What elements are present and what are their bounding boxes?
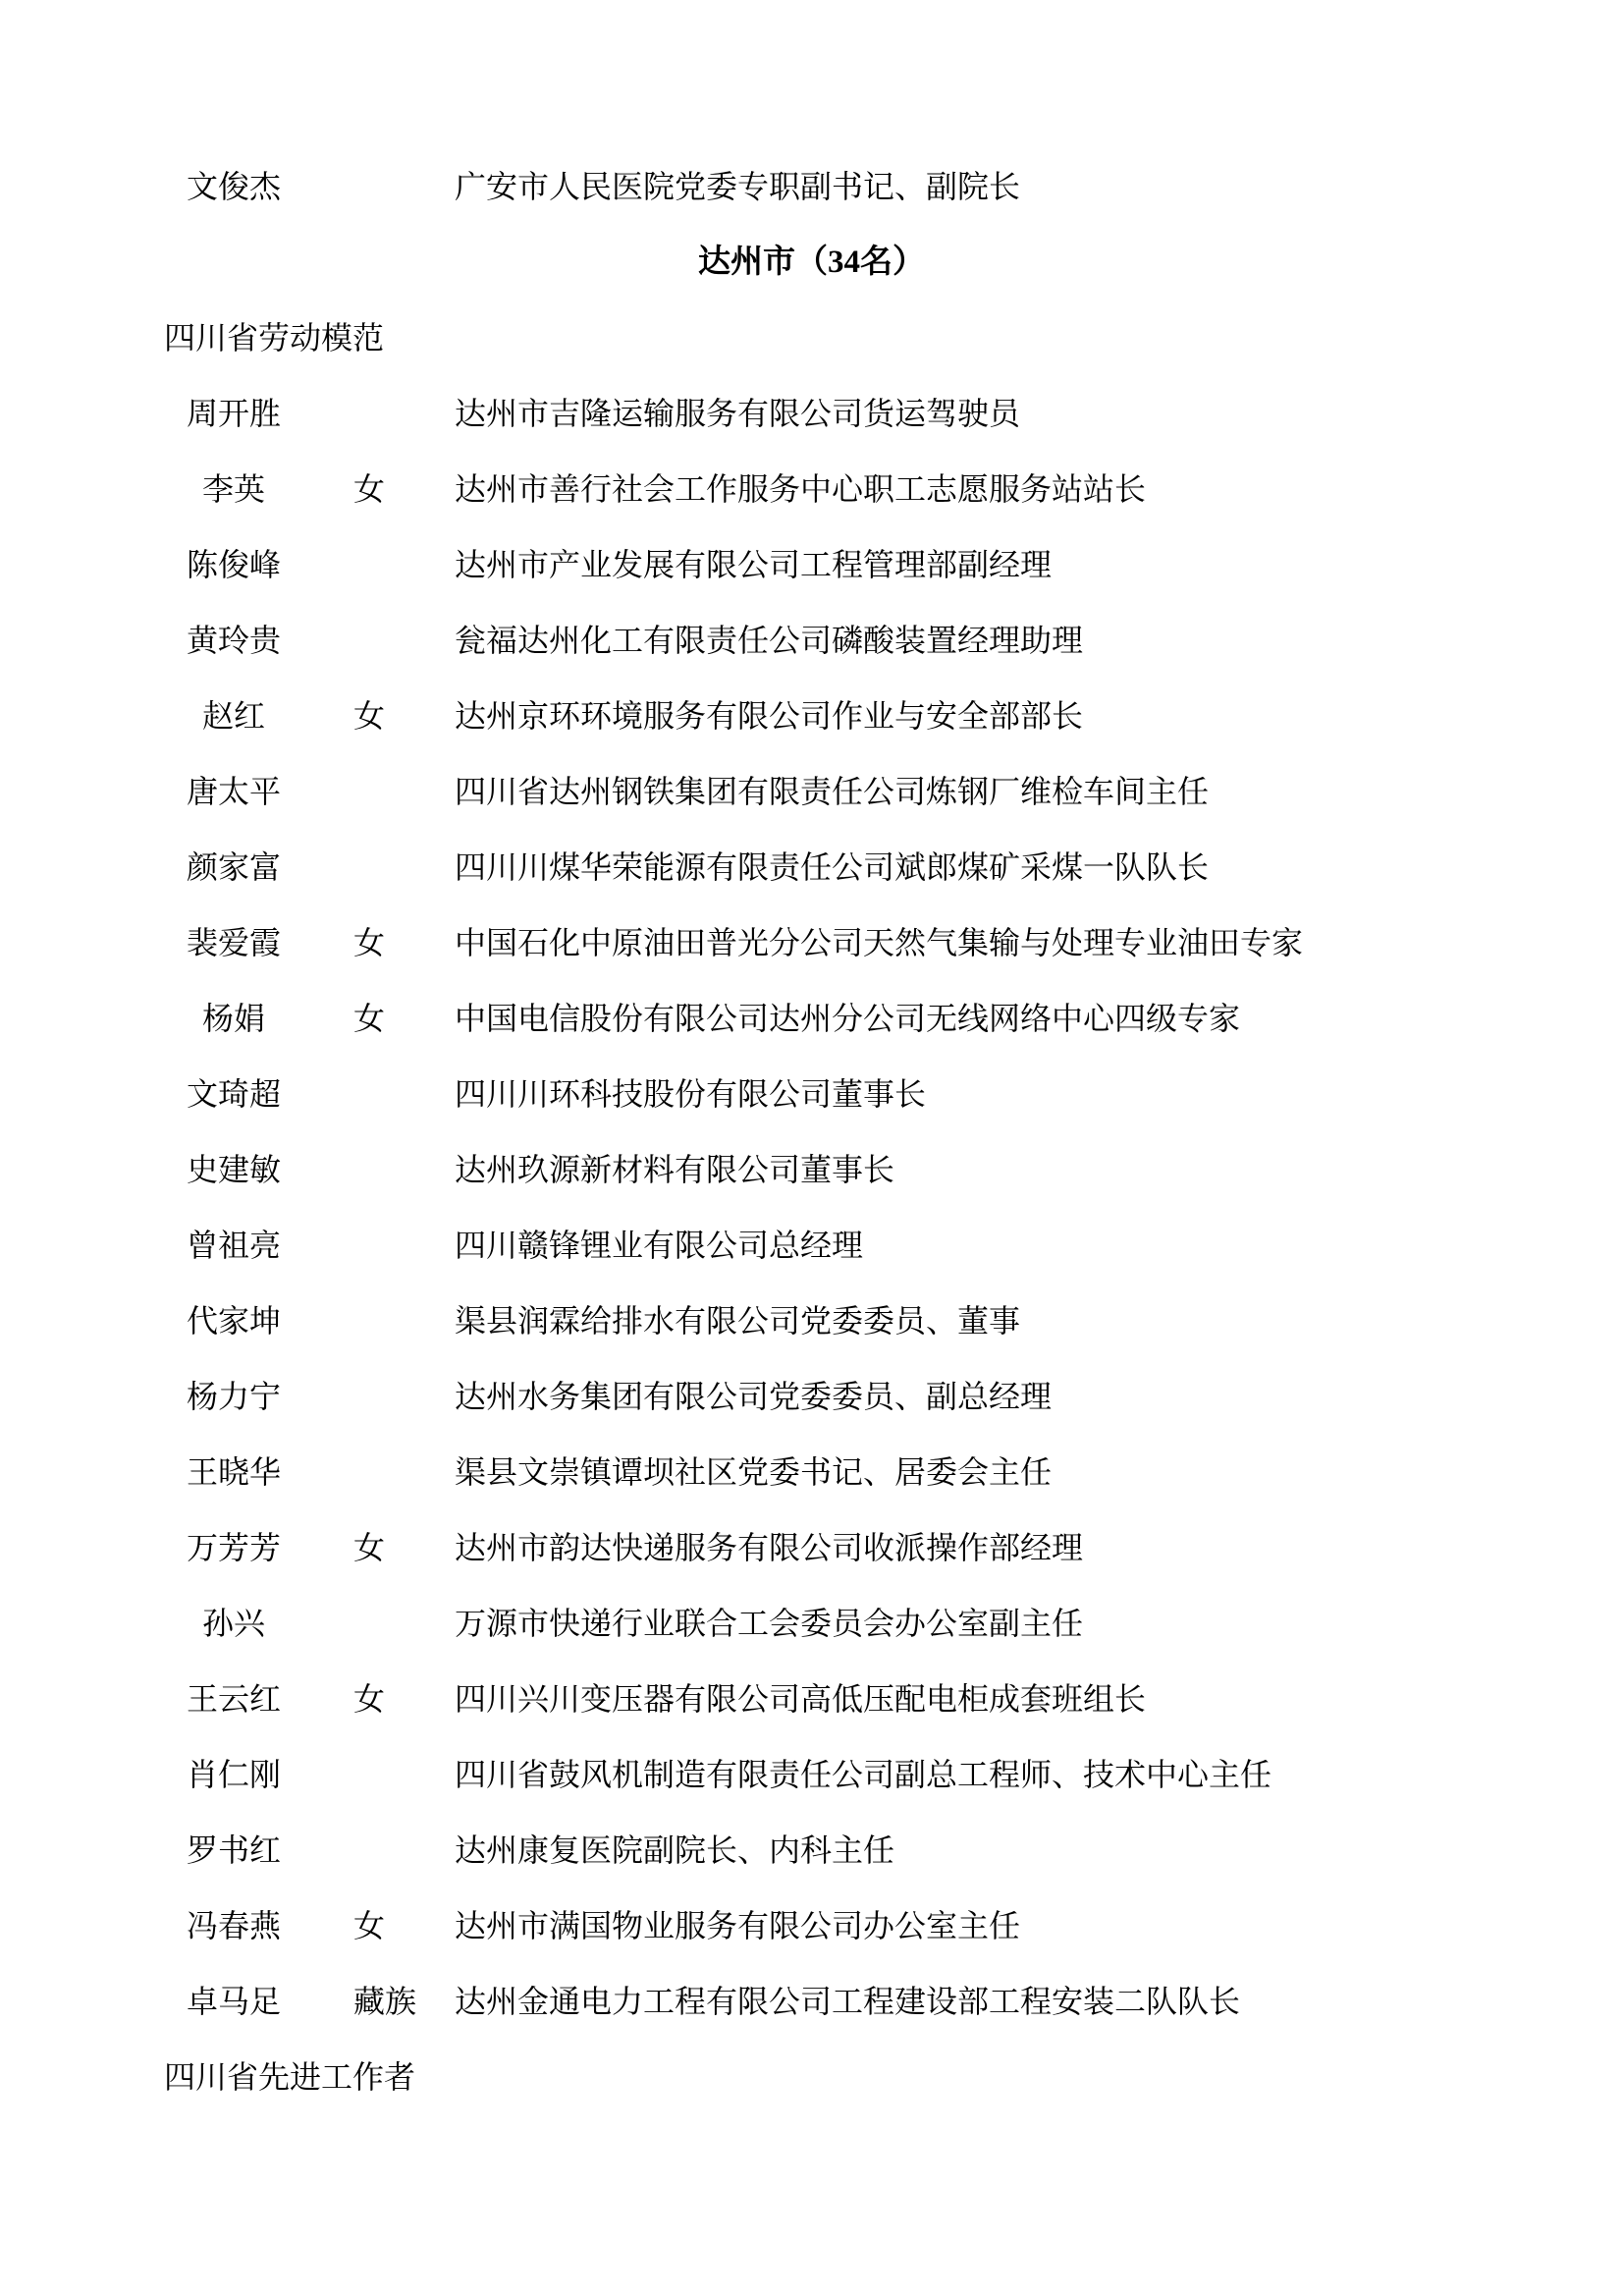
laborer-row: 黄玲贵 瓮福达州化工有限责任公司磷酸装置经理助理 (0, 603, 1623, 679)
job-title-text: 达州玖源新材料有限公司董事长 (455, 1132, 894, 1208)
gender-ethnicity-tag: 女 (353, 905, 385, 981)
laborer-name: 文琦超 (185, 1057, 283, 1132)
laborer-row: 冯春燕 女 达州市满国物业服务有限公司办公室主任 (0, 1888, 1623, 1964)
laborer-name: 肖仁刚 (185, 1737, 283, 1813)
laborer-row: 李英 女 达州市善行社会工作服务中心职工志愿服务站站长 (0, 452, 1623, 527)
job-title-text: 四川兴川变压器有限公司高低压配电柜成套班组长 (455, 1662, 1146, 1737)
gender-ethnicity-tag: 女 (353, 679, 385, 754)
laborer-row: 卓马足 藏族 达州金通电力工程有限公司工程建设部工程安装二队队长 (0, 1964, 1623, 2040)
job-title-text: 广安市人民医院党委专职副书记、副院长 (455, 149, 1020, 225)
job-title-text: 达州康复医院副院长、内科主任 (455, 1813, 894, 1888)
job-title-text: 渠县润霖给排水有限公司党委委员、董事 (455, 1284, 1020, 1359)
laborer-row: 万芳芳 女 达州市韵达快递服务有限公司收派操作部经理 (0, 1510, 1623, 1586)
laborer-name: 王云红 (185, 1662, 283, 1737)
job-title-text: 四川赣锋锂业有限公司总经理 (455, 1208, 863, 1284)
laborer-name: 万芳芳 (185, 1510, 283, 1586)
laborer-row: 唐太平 四川省达州钢铁集团有限责任公司炼钢厂维检车间主任 (0, 754, 1623, 830)
gender-ethnicity-tag: 女 (353, 1510, 385, 1586)
job-title-text: 达州京环环境服务有限公司作业与安全部部长 (455, 679, 1083, 754)
document-page: 文俊杰 广安市人民医院党委专职副书记、副院长 达州市（34名） 四川省劳动模范 … (0, 0, 1623, 2296)
laborer-name: 卓马足 (185, 1964, 283, 2040)
job-title-text: 达州金通电力工程有限公司工程建设部工程安装二队队长 (455, 1964, 1240, 2040)
job-title-text: 四川省达州钢铁集团有限责任公司炼钢厂维检车间主任 (455, 754, 1209, 830)
laborer-row: 文俊杰 广安市人民医院党委专职副书记、副院长 (0, 149, 1623, 225)
laborer-row: 文琦超 四川川环科技股份有限公司董事长 (0, 1057, 1623, 1132)
job-title-text: 达州市产业发展有限公司工程管理部副经理 (455, 527, 1052, 603)
laborer-name: 杨娟 (185, 981, 283, 1057)
job-title-text: 达州市满国物业服务有限公司办公室主任 (455, 1888, 1020, 1964)
laborer-row: 陈俊峰 达州市产业发展有限公司工程管理部副经理 (0, 527, 1623, 603)
laborer-row: 代家坤 渠县润霖给排水有限公司党委委员、董事 (0, 1284, 1623, 1359)
laborer-name: 文俊杰 (185, 149, 283, 225)
laborer-row: 王晓华 渠县文崇镇谭坝社区党委书记、居委会主任 (0, 1435, 1623, 1510)
job-title-text: 达州市善行社会工作服务中心职工志愿服务站站长 (455, 452, 1146, 527)
laborer-name: 罗书红 (185, 1813, 283, 1888)
laborer-name: 王晓华 (185, 1435, 283, 1510)
job-title-text: 达州水务集团有限公司党委委员、副总经理 (455, 1359, 1052, 1435)
laborer-row: 罗书红 达州康复医院副院长、内科主任 (0, 1813, 1623, 1888)
laborer-name: 冯春燕 (185, 1888, 283, 1964)
laborer-name: 杨力宁 (185, 1359, 283, 1435)
job-title-text: 渠县文崇镇谭坝社区党委书记、居委会主任 (455, 1435, 1052, 1510)
laborer-name: 周开胜 (185, 376, 283, 452)
job-title-text: 四川省鼓风机制造有限责任公司副总工程师、技术中心主任 (455, 1737, 1271, 1813)
laborer-name: 唐太平 (185, 754, 283, 830)
laborer-row: 肖仁刚 四川省鼓风机制造有限责任公司副总工程师、技术中心主任 (0, 1737, 1623, 1813)
section-header-advanced-workers: 四川省先进工作者 (0, 2040, 1623, 2115)
gender-ethnicity-tag: 女 (353, 452, 385, 527)
job-title-text: 达州市吉隆运输服务有限公司货运驾驶员 (455, 376, 1020, 452)
job-title-text: 中国石化中原油田普光分公司天然气集输与处理专业油田专家 (455, 905, 1303, 981)
laborer-name: 代家坤 (185, 1284, 283, 1359)
job-title-text: 四川川环科技股份有限公司董事长 (455, 1057, 926, 1132)
city-title: 达州市（34名） (0, 225, 1623, 301)
laborer-row: 王云红 女 四川兴川变压器有限公司高低压配电柜成套班组长 (0, 1662, 1623, 1737)
job-title-text: 中国电信股份有限公司达州分公司无线网络中心四级专家 (455, 981, 1240, 1057)
laborer-name: 曾祖亮 (185, 1208, 283, 1284)
laborer-row: 曾祖亮 四川赣锋锂业有限公司总经理 (0, 1208, 1623, 1284)
laborer-name: 陈俊峰 (185, 527, 283, 603)
section-header-model-workers: 四川省劳动模范 (0, 301, 1623, 376)
laborer-name: 李英 (185, 452, 283, 527)
document-content: 文俊杰 广安市人民医院党委专职副书记、副院长 达州市（34名） 四川省劳动模范 … (0, 0, 1623, 2115)
laborer-name: 黄玲贵 (185, 603, 283, 679)
laborer-name: 史建敏 (185, 1132, 283, 1208)
laborer-name: 裴爱霞 (185, 905, 283, 981)
laborer-row: 杨娟 女 中国电信股份有限公司达州分公司无线网络中心四级专家 (0, 981, 1623, 1057)
laborer-name: 孙兴 (185, 1586, 283, 1662)
laborer-row: 赵红 女 达州京环环境服务有限公司作业与安全部部长 (0, 679, 1623, 754)
laborer-row: 杨力宁 达州水务集团有限公司党委委员、副总经理 (0, 1359, 1623, 1435)
laborer-name: 赵红 (185, 679, 283, 754)
laborer-row: 颜家富 四川川煤华荣能源有限责任公司斌郎煤矿采煤一队队长 (0, 830, 1623, 905)
laborer-row: 史建敏 达州玖源新材料有限公司董事长 (0, 1132, 1623, 1208)
gender-ethnicity-tag: 女 (353, 981, 385, 1057)
job-title-text: 万源市快递行业联合工会委员会办公室副主任 (455, 1586, 1083, 1662)
gender-ethnicity-tag: 女 (353, 1888, 385, 1964)
laborer-row: 孙兴 万源市快递行业联合工会委员会办公室副主任 (0, 1586, 1623, 1662)
laborer-row: 周开胜 达州市吉隆运输服务有限公司货运驾驶员 (0, 376, 1623, 452)
job-title-text: 瓮福达州化工有限责任公司磷酸装置经理助理 (455, 603, 1083, 679)
laborer-row: 裴爱霞 女 中国石化中原油田普光分公司天然气集输与处理专业油田专家 (0, 905, 1623, 981)
gender-ethnicity-tag: 藏族 (353, 1964, 416, 2040)
laborer-name: 颜家富 (185, 830, 283, 905)
job-title-text: 四川川煤华荣能源有限责任公司斌郎煤矿采煤一队队长 (455, 830, 1209, 905)
gender-ethnicity-tag: 女 (353, 1662, 385, 1737)
job-title-text: 达州市韵达快递服务有限公司收派操作部经理 (455, 1510, 1083, 1586)
